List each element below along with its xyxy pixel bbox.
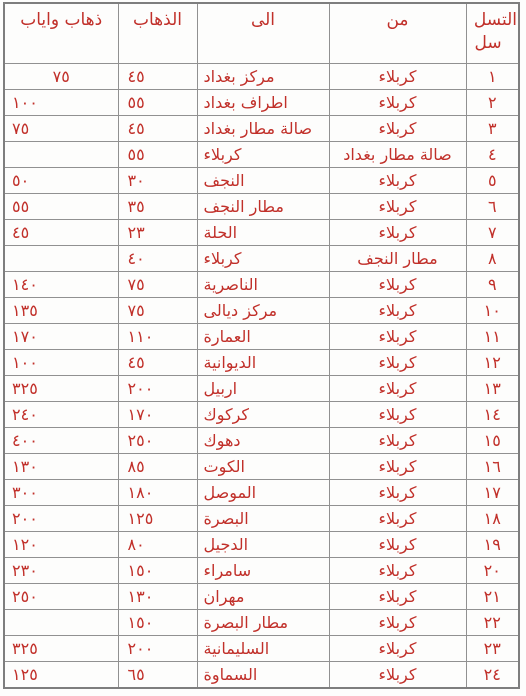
cell-serial: ٦ <box>466 194 519 220</box>
cell-to: النجف <box>197 168 329 194</box>
header-serial: التسلسل <box>466 3 519 64</box>
cell-roundtrip: ١٠٠ <box>4 90 118 116</box>
cell-to: كربلاء <box>197 246 329 272</box>
cell-oneway: ٧٥ <box>118 272 197 298</box>
header-row: التسلسل من الى الذهاب ذهاب واياب <box>4 3 519 64</box>
cell-oneway: ١٨٠ <box>118 480 197 506</box>
table-row: ٥كربلاءالنجف٣٠٥٠ <box>4 168 519 194</box>
cell-oneway: ١٣٠ <box>118 584 197 610</box>
cell-serial: ٩ <box>466 272 519 298</box>
cell-oneway: ٥٥ <box>118 90 197 116</box>
cell-roundtrip: ٢٠٠ <box>4 506 118 532</box>
cell-oneway: ٢٠٠ <box>118 636 197 662</box>
cell-from: كربلاء <box>329 168 466 194</box>
cell-from: كربلاء <box>329 90 466 116</box>
table-row: ١٩كربلاءالدجيل٨٠١٢٠ <box>4 532 519 558</box>
cell-roundtrip <box>4 610 118 636</box>
table-row: ١كربلاءمركز بغداد٤٥٧٥ <box>4 64 519 90</box>
table-row: ٣كربلاءصالة مطار بغداد٤٥٧٥ <box>4 116 519 142</box>
table-row: ٢كربلاءاطراف بغداد٥٥١٠٠ <box>4 90 519 116</box>
cell-roundtrip: ٤٠٠ <box>4 428 118 454</box>
cell-serial: ١٩ <box>466 532 519 558</box>
cell-serial: ١٨ <box>466 506 519 532</box>
table-row: ٢٣كربلاءالسليمانية٢٠٠٣٢٥ <box>4 636 519 662</box>
cell-oneway: ١٥٠ <box>118 558 197 584</box>
cell-oneway: ٥٥ <box>118 142 197 168</box>
cell-oneway: ٤٥ <box>118 64 197 90</box>
cell-roundtrip: ٣٢٥ <box>4 636 118 662</box>
table-row: ٢٤كربلاءالسماوة٦٥١٢٥ <box>4 662 519 689</box>
cell-from: كربلاء <box>329 272 466 298</box>
cell-from: كربلاء <box>329 376 466 402</box>
cell-from: كربلاء <box>329 636 466 662</box>
cell-oneway: ٧٥ <box>118 298 197 324</box>
table-row: ١٣كربلاءاربيل٢٠٠٣٢٥ <box>4 376 519 402</box>
cell-roundtrip: ٣٠٠ <box>4 480 118 506</box>
cell-roundtrip: ١٢٥ <box>4 662 118 689</box>
cell-from: كربلاء <box>329 428 466 454</box>
header-from: من <box>329 3 466 64</box>
header-oneway: الذهاب <box>118 3 197 64</box>
cell-to: مهران <box>197 584 329 610</box>
cell-serial: ١٥ <box>466 428 519 454</box>
cell-from: مطار النجف <box>329 246 466 272</box>
cell-from: كربلاء <box>329 662 466 689</box>
cell-roundtrip: ٣٢٥ <box>4 376 118 402</box>
cell-from: كربلاء <box>329 402 466 428</box>
cell-serial: ٢٣ <box>466 636 519 662</box>
cell-oneway: ٤٥ <box>118 116 197 142</box>
cell-roundtrip: ٢٥٠ <box>4 584 118 610</box>
table-row: ٧كربلاءالحلة٢٣٤٥ <box>4 220 519 246</box>
table-row: ١٤كربلاءكركوك١٧٠٢٤٠ <box>4 402 519 428</box>
table-row: ١٨كربلاءالبصرة١٢٥٢٠٠ <box>4 506 519 532</box>
cell-to: الدجيل <box>197 532 329 558</box>
cell-from: كربلاء <box>329 558 466 584</box>
cell-oneway: ٣٠ <box>118 168 197 194</box>
cell-serial: ٥ <box>466 168 519 194</box>
cell-oneway: ٢٠٠ <box>118 376 197 402</box>
cell-to: الكوت <box>197 454 329 480</box>
table-row: ١٥كربلاءدهوك٢٥٠٤٠٠ <box>4 428 519 454</box>
cell-roundtrip <box>4 142 118 168</box>
cell-oneway: ٤٠ <box>118 246 197 272</box>
cell-from: كربلاء <box>329 506 466 532</box>
cell-to: السماوة <box>197 662 329 689</box>
cell-serial: ١٣ <box>466 376 519 402</box>
cell-from: كربلاء <box>329 584 466 610</box>
table-body: ١كربلاءمركز بغداد٤٥٧٥٢كربلاءاطراف بغداد٥… <box>4 64 519 689</box>
cell-to: مركز ديالى <box>197 298 329 324</box>
table-row: ١١كربلاءالعمارة١١٠١٧٠ <box>4 324 519 350</box>
cell-to: مطار النجف <box>197 194 329 220</box>
cell-from: كربلاء <box>329 324 466 350</box>
table-row: ٢١كربلاءمهران١٣٠٢٥٠ <box>4 584 519 610</box>
cell-from: كربلاء <box>329 298 466 324</box>
cell-oneway: ١٢٥ <box>118 506 197 532</box>
cell-to: العمارة <box>197 324 329 350</box>
cell-to: صالة مطار بغداد <box>197 116 329 142</box>
cell-serial: ١١ <box>466 324 519 350</box>
cell-oneway: ٦٥ <box>118 662 197 689</box>
table-row: ٢٠كربلاءسامراء١٥٠٢٣٠ <box>4 558 519 584</box>
cell-to: دهوك <box>197 428 329 454</box>
cell-serial: ١٠ <box>466 298 519 324</box>
cell-from: كربلاء <box>329 454 466 480</box>
cell-serial: ٨ <box>466 246 519 272</box>
cell-roundtrip: ٧٥ <box>4 116 118 142</box>
table-row: ٦كربلاءمطار النجف٣٥٥٥ <box>4 194 519 220</box>
cell-roundtrip: ٤٥ <box>4 220 118 246</box>
cell-oneway: ٤٥ <box>118 350 197 376</box>
cell-to: اربيل <box>197 376 329 402</box>
cell-to: مركز بغداد <box>197 64 329 90</box>
cell-serial: ١ <box>466 64 519 90</box>
cell-oneway: ٢٣ <box>118 220 197 246</box>
cell-serial: ١٤ <box>466 402 519 428</box>
table-row: ٤صالة مطار بغدادكربلاء٥٥ <box>4 142 519 168</box>
cell-to: الحلة <box>197 220 329 246</box>
cell-serial: ٢ <box>466 90 519 116</box>
header-to: الى <box>197 3 329 64</box>
cell-from: كربلاء <box>329 532 466 558</box>
table-row: ١٧كربلاءالموصل١٨٠٣٠٠ <box>4 480 519 506</box>
cell-oneway: ١٧٠ <box>118 402 197 428</box>
header-roundtrip: ذهاب واياب <box>4 3 118 64</box>
cell-roundtrip: ١٣٥ <box>4 298 118 324</box>
cell-serial: ٢٠ <box>466 558 519 584</box>
cell-to: البصرة <box>197 506 329 532</box>
cell-from: كربلاء <box>329 64 466 90</box>
table-row: ٨مطار النجفكربلاء٤٠ <box>4 246 519 272</box>
cell-to: سامراء <box>197 558 329 584</box>
cell-from: كربلاء <box>329 194 466 220</box>
cell-oneway: ٣٥ <box>118 194 197 220</box>
cell-roundtrip: ٥٥ <box>4 194 118 220</box>
scanned-fare-table-page: التسلسل من الى الذهاب ذهاب واياب ١كربلاء… <box>0 0 526 696</box>
header-serial-line2: سل <box>475 33 502 53</box>
cell-roundtrip <box>4 246 118 272</box>
header-serial-line1: التسل <box>474 10 517 30</box>
cell-roundtrip: ١٠٠ <box>4 350 118 376</box>
table-row: ٩كربلاءالناصرية٧٥١٤٠ <box>4 272 519 298</box>
cell-from: كربلاء <box>329 350 466 376</box>
cell-serial: ٧ <box>466 220 519 246</box>
cell-serial: ٢٤ <box>466 662 519 689</box>
cell-roundtrip: ١٤٠ <box>4 272 118 298</box>
table-row: ١٠كربلاءمركز ديالى٧٥١٣٥ <box>4 298 519 324</box>
cell-roundtrip: ١٣٠ <box>4 454 118 480</box>
cell-serial: ١٦ <box>466 454 519 480</box>
cell-to: السليمانية <box>197 636 329 662</box>
cell-roundtrip: ٢٣٠ <box>4 558 118 584</box>
cell-oneway: ٨٥ <box>118 454 197 480</box>
cell-roundtrip: ٧٥ <box>4 64 118 90</box>
cell-from: كربلاء <box>329 220 466 246</box>
cell-roundtrip: ٢٤٠ <box>4 402 118 428</box>
cell-from: كربلاء <box>329 480 466 506</box>
cell-to: الموصل <box>197 480 329 506</box>
table-row: ١٦كربلاءالكوت٨٥١٣٠ <box>4 454 519 480</box>
cell-oneway: ٢٥٠ <box>118 428 197 454</box>
table-row: ١٢كربلاءالديوانية٤٥١٠٠ <box>4 350 519 376</box>
cell-oneway: ٨٠ <box>118 532 197 558</box>
cell-roundtrip: ٥٠ <box>4 168 118 194</box>
cell-serial: ١٧ <box>466 480 519 506</box>
cell-to: مطار البصرة <box>197 610 329 636</box>
cell-to: كركوك <box>197 402 329 428</box>
cell-to: كربلاء <box>197 142 329 168</box>
cell-serial: ٣ <box>466 116 519 142</box>
cell-to: الناصرية <box>197 272 329 298</box>
cell-to: الديوانية <box>197 350 329 376</box>
cell-roundtrip: ١٢٠ <box>4 532 118 558</box>
cell-from: صالة مطار بغداد <box>329 142 466 168</box>
cell-roundtrip: ١٧٠ <box>4 324 118 350</box>
cell-oneway: ١١٠ <box>118 324 197 350</box>
cell-from: كربلاء <box>329 116 466 142</box>
cell-from: كربلاء <box>329 610 466 636</box>
cell-to: اطراف بغداد <box>197 90 329 116</box>
cell-oneway: ١٥٠ <box>118 610 197 636</box>
cell-serial: ١٢ <box>466 350 519 376</box>
fare-table: التسلسل من الى الذهاب ذهاب واياب ١كربلاء… <box>3 2 520 689</box>
cell-serial: ٢٢ <box>466 610 519 636</box>
cell-serial: ٤ <box>466 142 519 168</box>
table-row: ٢٢كربلاءمطار البصرة١٥٠ <box>4 610 519 636</box>
cell-serial: ٢١ <box>466 584 519 610</box>
